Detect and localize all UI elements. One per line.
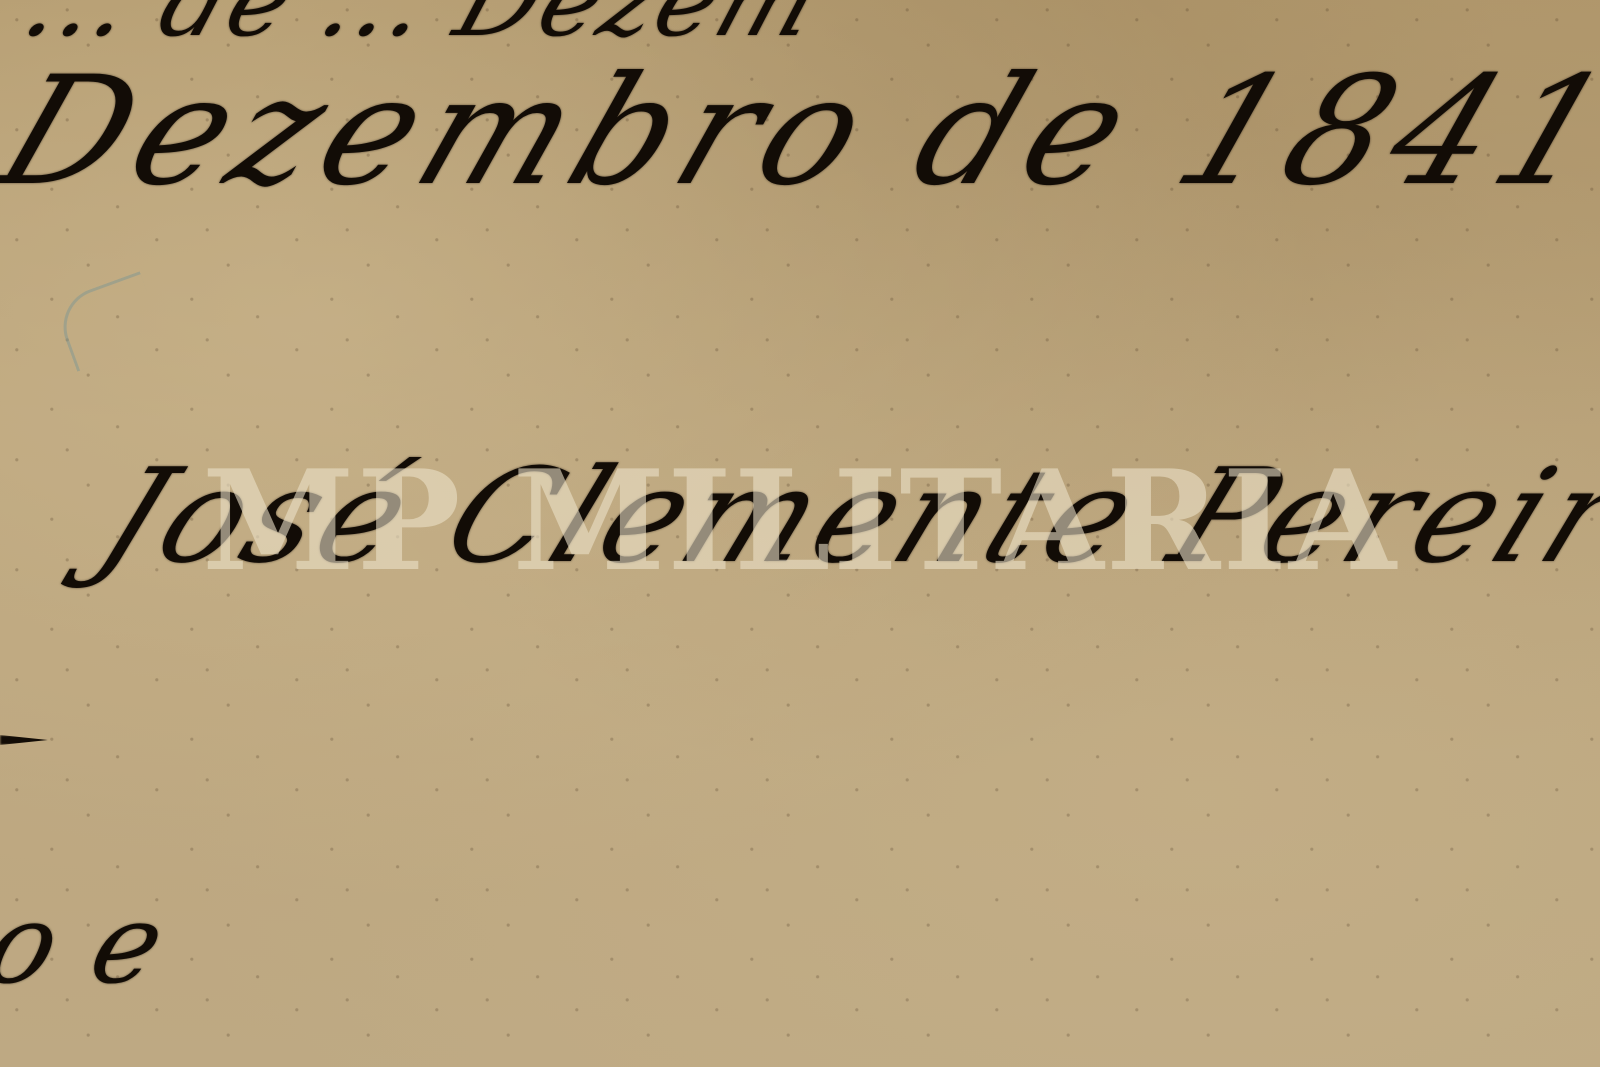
watermark-text: MP MILITARIA <box>155 452 1445 590</box>
date-line-handwriting: Dezembro de 1841. <box>0 45 1600 219</box>
